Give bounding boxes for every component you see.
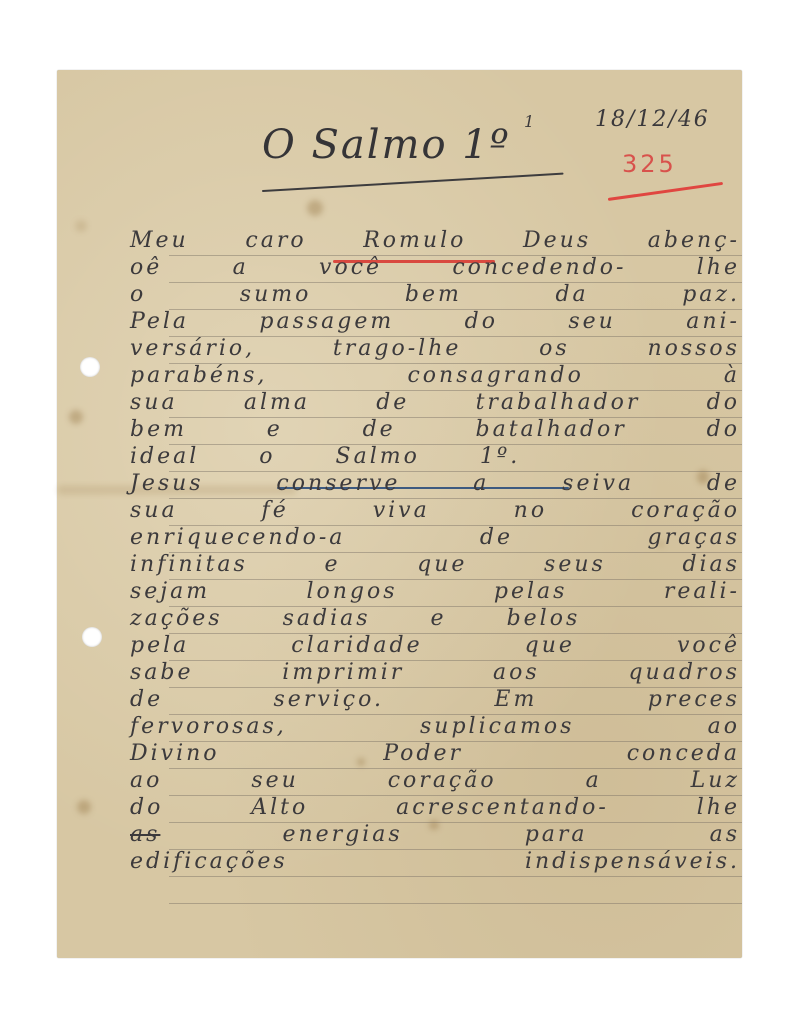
letter-line: deserviço.Empreces <box>130 687 740 712</box>
letter-line: bemedebatalhadordo <box>130 417 740 442</box>
letter-line: zaçõessadiasebelos <box>130 606 740 631</box>
letter-line: doAltoacrescentando-lhe <box>130 795 740 820</box>
letter-line: DivinoPoderconceda <box>130 741 740 766</box>
letter-line: asenergiasparaas <box>130 822 740 847</box>
letter-date: 18/12/46 <box>595 107 710 132</box>
letter-line: oêavocêconcedendo-lhe <box>130 255 740 280</box>
letter-line: fervorosas,suplicamosao <box>130 714 740 739</box>
struck-word: as <box>130 822 160 847</box>
punch-hole-bottom <box>82 627 102 647</box>
letter-line: MeucaroRomuloDeusabenç- <box>130 228 740 253</box>
letter-line: parabéns,consagrandoà <box>130 363 740 388</box>
stain <box>69 410 83 424</box>
letter-line: Jesusconserveaseivade <box>130 471 740 496</box>
letter-line: suafévivanocoração <box>130 498 740 523</box>
letter-line: infinitasequeseusdias <box>130 552 740 577</box>
letter-line: osumobemdapaz. <box>130 282 740 307</box>
stain <box>307 200 323 216</box>
letter-line: enriquecendo-adegraças <box>130 525 740 550</box>
letter-line: sejamlongospelasreali- <box>130 579 740 604</box>
letter-line: aoseucoraçãoaLuz <box>130 768 740 793</box>
letter-line: sabeimprimiraosquadros <box>130 660 740 685</box>
punch-hole-top <box>80 357 100 377</box>
reference-number: 325 <box>622 150 677 178</box>
title-mark: 1 <box>524 112 537 131</box>
letter-title: O Salmo 1º <box>262 122 511 168</box>
letter-line: Pelapassagemdoseuani- <box>130 309 740 334</box>
stain <box>77 800 91 814</box>
stain <box>75 220 87 232</box>
letter-line: suaalmadetrabalhadordo <box>130 390 740 415</box>
letter-line: versário,trago-lheosnossos <box>130 336 740 361</box>
letter-line: idealoSalmo1º. <box>130 444 740 469</box>
recipient-name: Romulo <box>363 228 466 253</box>
letter-line: pelaclaridadequevocê <box>130 633 740 658</box>
letter-line: edificaçõesindispensáveis. <box>130 849 740 874</box>
